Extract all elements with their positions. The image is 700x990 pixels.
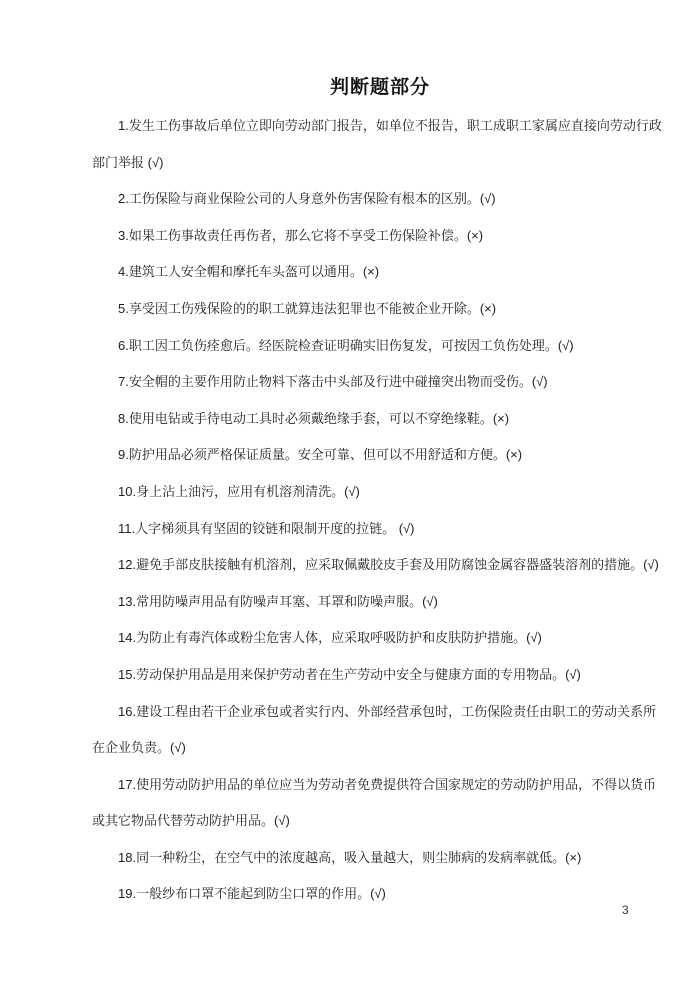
- question-19: 19.一般纱布口罩不能起到防尘口罩的作用。(√): [92, 876, 672, 913]
- questions-list: 1.发生工伤事故后单位立即向劳动部门报告，如单位不报告，职工成职工家属应直接向劳…: [92, 108, 672, 913]
- question-14: 14.为防止有毒汽体或粉尘危害人体，应采取呼吸防护和皮肤防护措施。(√): [92, 620, 672, 657]
- question-10: 10.身上沾上油污，应用有机溶剂清洗。(√): [92, 474, 672, 511]
- question-9: 9.防护用品必须严格保证质量。安全可靠、但可以不用舒适和方便。(×): [92, 437, 672, 474]
- question-16-line-2: 在企业负责。(√): [92, 730, 672, 767]
- question-7: 7.安全帽的主要作用防止物料下落击中头部及行进中碰撞突出物而受伤。(√): [92, 364, 672, 401]
- question-4: 4.建筑工人安全帽和摩托车头盔可以通用。(×): [92, 254, 672, 291]
- question-2: 2.工伤保险与商业保险公司的人身意外伤害保险有根本的区别。(√): [92, 181, 672, 218]
- question-13: 13.常用防噪声用品有防噪声耳塞、耳罩和防噪声服。(√): [92, 584, 672, 621]
- page-title: 判断题部分: [92, 72, 668, 99]
- question-5: 5.享受因工伤残保险的的职工就算违法犯罪也不能被企业开除。(×): [92, 291, 672, 328]
- question-6: 6.职工因工负伤痊愈后。经医院检查证明确实旧伤复发，可按因工负伤处理。(√): [92, 328, 672, 365]
- question-18: 18.同一种粉尘，在空气中的浓度越高，吸入量越大，则尘肺病的发病率就低。(×): [92, 840, 672, 877]
- question-1-line-2: 部门举报 (√): [92, 145, 672, 182]
- question-8: 8.使用电钻或手待电动工具时必须戴绝缘手套，可以不穿绝缘鞋。(×): [92, 401, 672, 438]
- question-15: 15.劳动保护用品是用来保护劳动者在生产劳动中安全与健康方面的专用物品。(√): [92, 657, 672, 694]
- question-12: 12.避免手部皮肤接触有机溶剂，应采取佩戴胶皮手套及用防腐蚀金属容器盛装溶剂的措…: [92, 547, 672, 584]
- question-3: 3.如果工伤事故责任再伤者，那么它将不享受工伤保险补偿。(×): [92, 218, 672, 255]
- page-number: 3: [622, 901, 629, 919]
- document-page: 判断题部分 1.发生工伤事故后单位立即向劳动部门报告，如单位不报告，职工成职工家…: [0, 0, 700, 990]
- question-11: 11.人字梯须具有坚固的铰链和限制开度的拉链。 (√): [92, 511, 672, 548]
- question-1-line-1: 1.发生工伤事故后单位立即向劳动部门报告，如单位不报告，职工成职工家属应直接向劳…: [92, 108, 672, 145]
- question-17-line-2: 或其它物品代替劳动防护用品。(√): [92, 803, 672, 840]
- question-17-line-1: 17.使用劳动防护用品的单位应当为劳动者免费提供符合国家规定的劳动防护用品，不得…: [92, 767, 672, 804]
- question-16-line-1: 16.建设工程由若干企业承包或者实行内、外部经营承包时，工伤保险责任由职工的劳动…: [92, 694, 672, 731]
